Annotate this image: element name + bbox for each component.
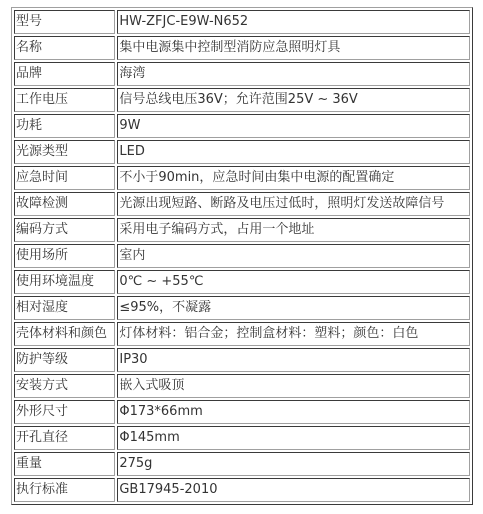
row-label: 型号 — [14, 10, 115, 34]
row-value: Φ145mm — [117, 426, 470, 450]
table-row-voltage: 工作电压 信号总线电压36V；允许范围25V ~ 36V — [14, 88, 470, 112]
table-row-installation: 安装方式 嵌入式吸顶 — [14, 374, 470, 398]
row-value: 灯体材料：铝合金；控制盒材料：塑料；颜色：白色 — [117, 322, 470, 346]
row-value: IP30 — [117, 348, 470, 372]
row-value: 光源出现短路、断路及电压过低时，照明灯发送故障信号 — [117, 192, 470, 216]
row-label: 品牌 — [14, 62, 115, 86]
table-row-name: 名称 集中电源集中控制型消防应急照明灯具 — [14, 36, 470, 60]
row-label: 编码方式 — [14, 218, 115, 242]
table-row-emergency-time: 应急时间 不小于90min，应急时间由集中电源的配置确定 — [14, 166, 470, 190]
row-label: 故障检测 — [14, 192, 115, 216]
row-label: 相对湿度 — [14, 296, 115, 320]
row-label: 重量 — [14, 452, 115, 476]
table-row-fault-detection: 故障检测 光源出现短路、断路及电压过低时，照明灯发送故障信号 — [14, 192, 470, 216]
row-value: 室内 — [117, 244, 470, 268]
table-row-brand: 品牌 海湾 — [14, 62, 470, 86]
table-row-humidity: 相对湿度 ≤95%，不凝露 — [14, 296, 470, 320]
row-label: 名称 — [14, 36, 115, 60]
table-row-cutout: 开孔直径 Φ145mm — [14, 426, 470, 450]
row-label: 使用场所 — [14, 244, 115, 268]
row-value: Φ173*66mm — [117, 400, 470, 424]
row-value: 集中电源集中控制型消防应急照明灯具 — [117, 36, 470, 60]
row-value: 不小于90min，应急时间由集中电源的配置确定 — [117, 166, 470, 190]
row-label: 使用环境温度 — [14, 270, 115, 294]
row-label: 开孔直径 — [14, 426, 115, 450]
row-label: 安装方式 — [14, 374, 115, 398]
table-row-model: 型号 HW-ZFJC-E9W-N652 — [14, 10, 470, 34]
table-row-material-color: 壳体材料和颜色 灯体材料：铝合金；控制盒材料：塑料；颜色：白色 — [14, 322, 470, 346]
row-value: 275g — [117, 452, 470, 476]
table-row-temperature: 使用环境温度 0℃ ~ +55℃ — [14, 270, 470, 294]
row-value: ≤95%，不凝露 — [117, 296, 470, 320]
row-value: 嵌入式吸顶 — [117, 374, 470, 398]
row-label: 执行标准 — [14, 478, 115, 502]
row-label: 外形尺寸 — [14, 400, 115, 424]
row-label: 应急时间 — [14, 166, 115, 190]
row-value: 信号总线电压36V；允许范围25V ~ 36V — [117, 88, 470, 112]
spec-table: 型号 HW-ZFJC-E9W-N652 名称 集中电源集中控制型消防应急照明灯具… — [11, 7, 473, 505]
row-value: LED — [117, 140, 470, 164]
row-label: 工作电压 — [14, 88, 115, 112]
table-row-dimensions: 外形尺寸 Φ173*66mm — [14, 400, 470, 424]
table-row-protection: 防护等级 IP30 — [14, 348, 470, 372]
row-value: 海湾 — [117, 62, 470, 86]
row-value: 9W — [117, 114, 470, 138]
table-row-light-source: 光源类型 LED — [14, 140, 470, 164]
row-value: HW-ZFJC-E9W-N652 — [117, 10, 470, 34]
table-row-power: 功耗 9W — [14, 114, 470, 138]
table-row-weight: 重量 275g — [14, 452, 470, 476]
row-value: 0℃ ~ +55℃ — [117, 270, 470, 294]
row-value: GB17945-2010 — [117, 478, 470, 502]
table-row-location: 使用场所 室内 — [14, 244, 470, 268]
table-row-standard: 执行标准 GB17945-2010 — [14, 478, 470, 502]
row-value: 采用电子编码方式，占用一个地址 — [117, 218, 470, 242]
row-label: 防护等级 — [14, 348, 115, 372]
table-row-encoding: 编码方式 采用电子编码方式，占用一个地址 — [14, 218, 470, 242]
row-label: 壳体材料和颜色 — [14, 322, 115, 346]
row-label: 光源类型 — [14, 140, 115, 164]
row-label: 功耗 — [14, 114, 115, 138]
